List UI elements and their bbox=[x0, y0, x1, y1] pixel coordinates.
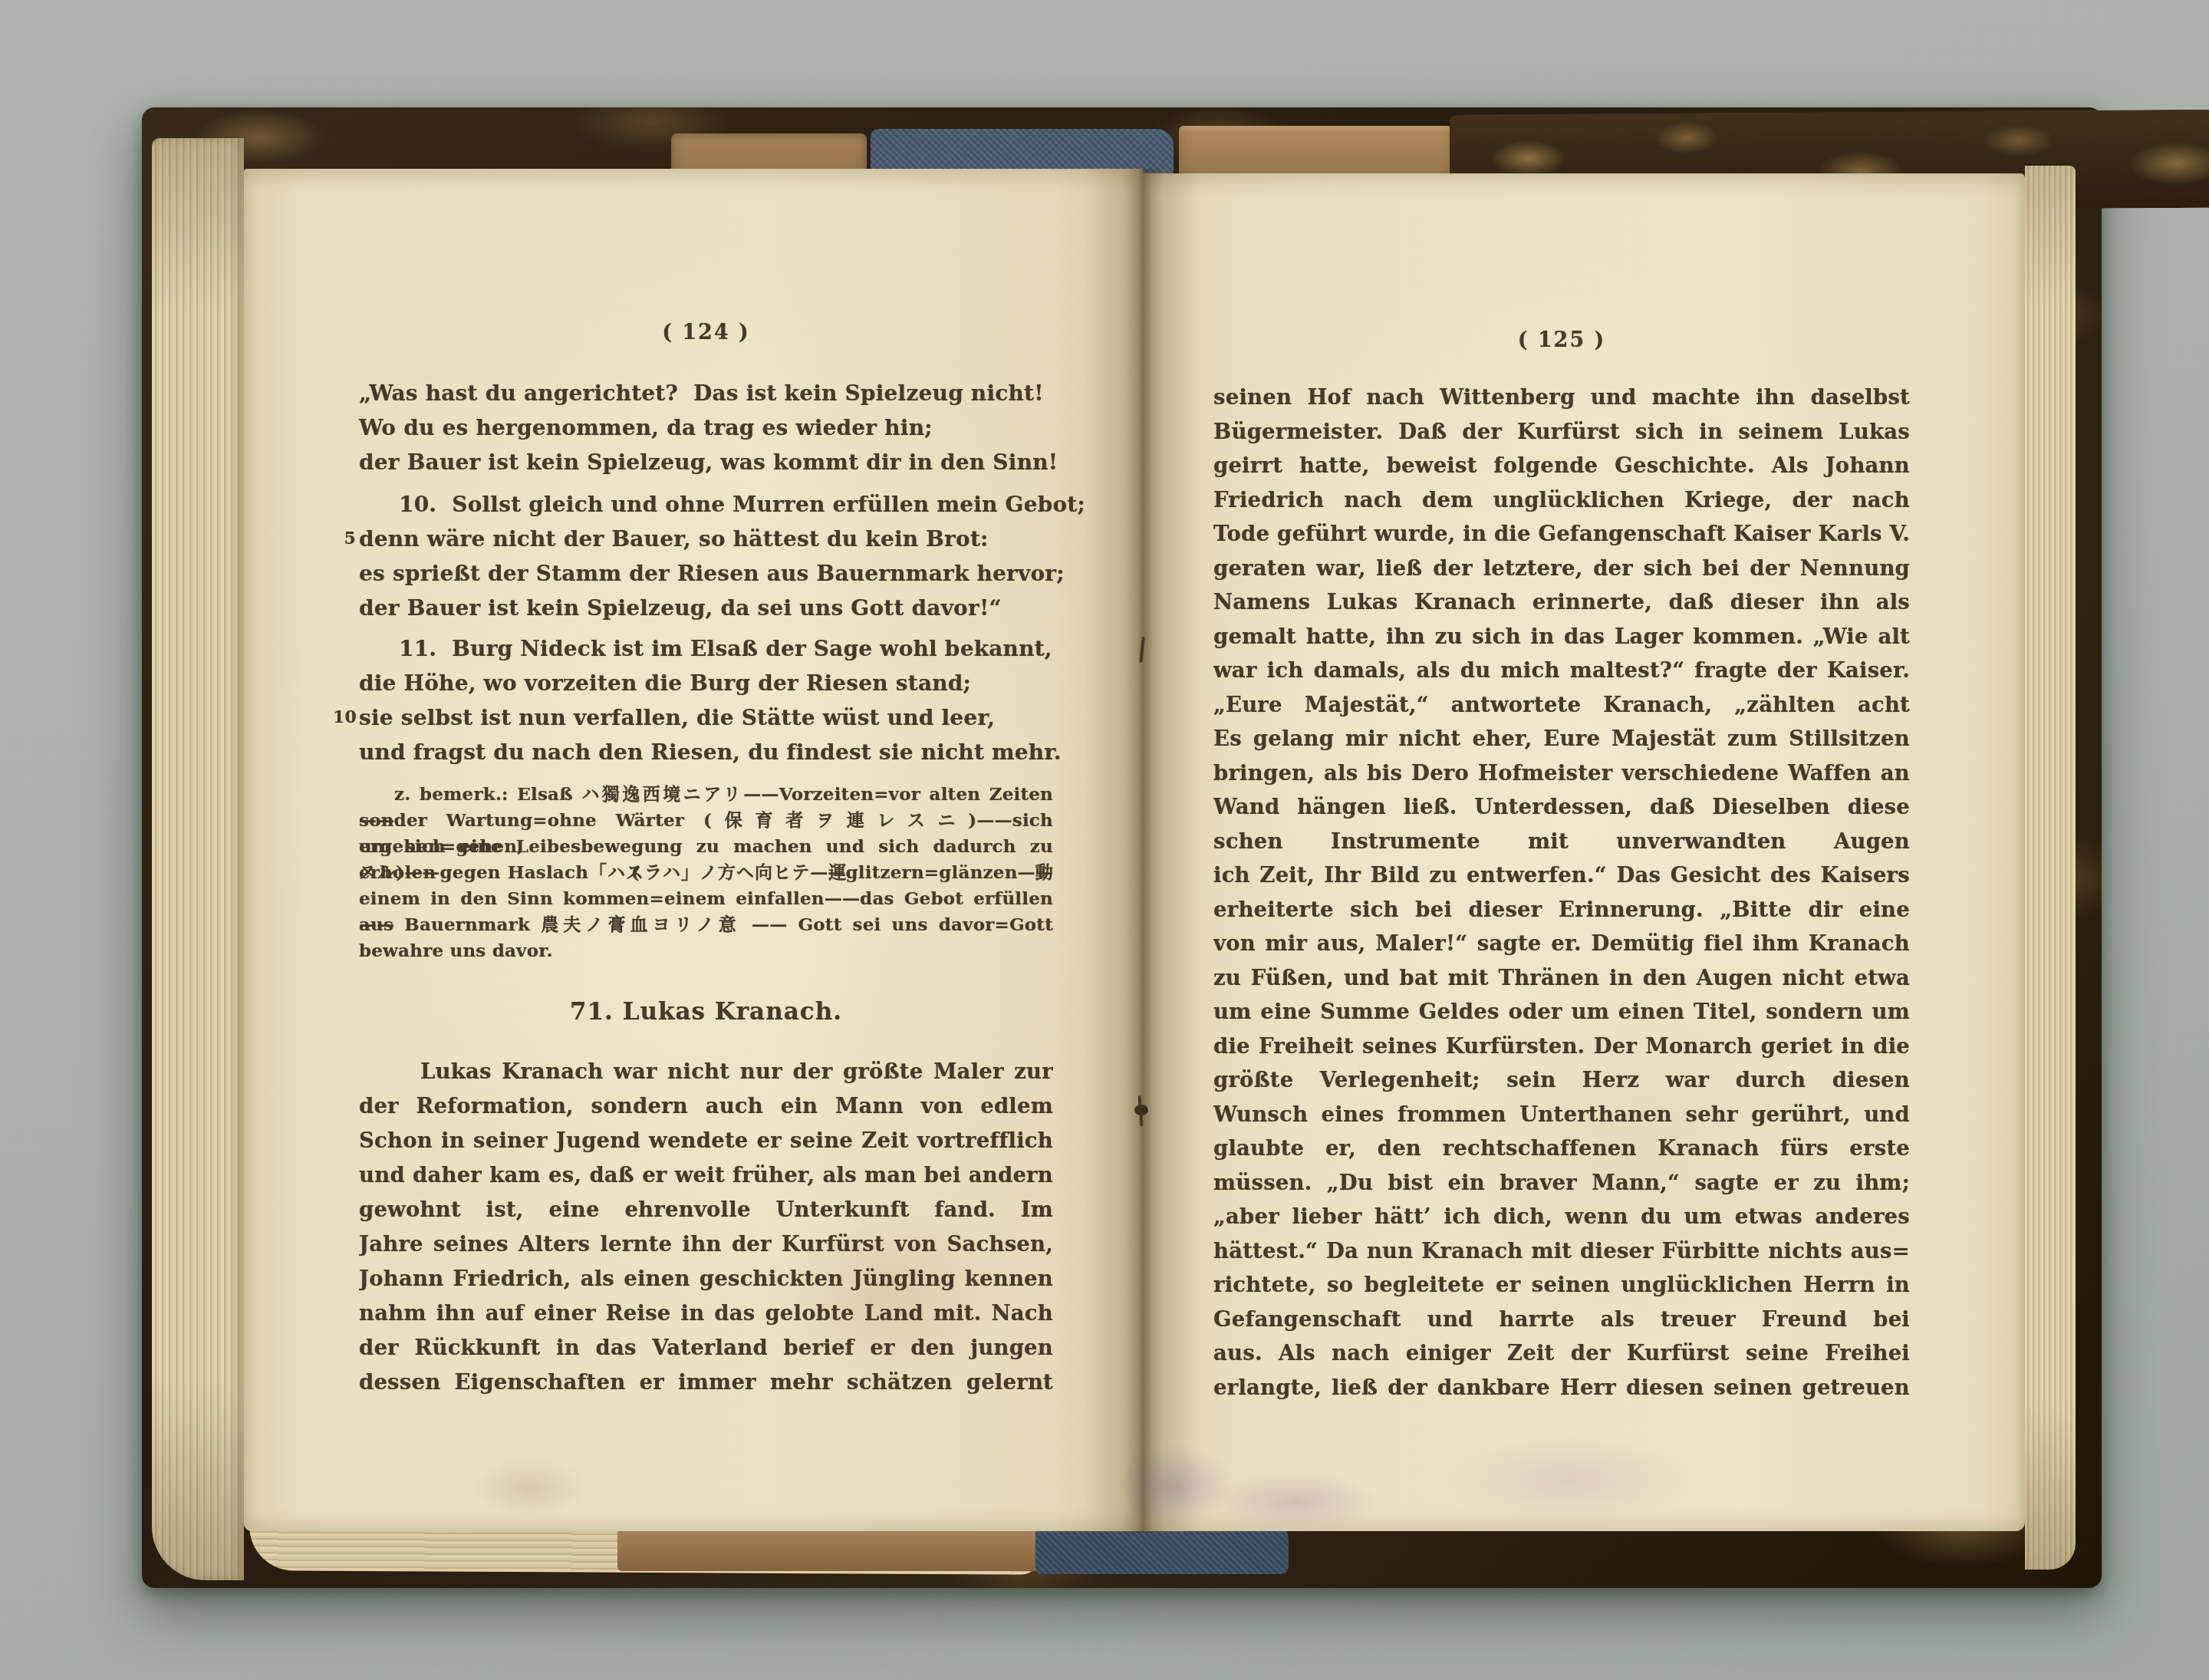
verse-text: sie selbst ist nun verfallen, die Stätte… bbox=[359, 705, 995, 730]
prose-line: Namens Lukas Kranach erinnerte, daß dies… bbox=[1213, 585, 1910, 620]
prose-text: die Freiheit seines Kurfürsten. Der Mona… bbox=[1213, 1034, 1910, 1059]
prose-text: dessen Eigenschaften er immer mehr schät… bbox=[359, 1370, 1053, 1400]
prose-line: Gefangenschaft und harrte als treuer Fre… bbox=[1213, 1303, 1910, 1337]
prose-line: geirrt hatte, beweist folgende Geschicht… bbox=[1213, 449, 1910, 483]
verse-stanza: „Was hast du angerichtet? Das ist kein S… bbox=[359, 376, 1053, 479]
prose-line: der Rückkunft in das Vaterland berief er… bbox=[359, 1331, 1053, 1365]
prose-line: Es gelang mir nicht eher, Eure Majestät … bbox=[1213, 722, 1910, 756]
paragraph-block: seinen Hof nach Wittenberg und machte ih… bbox=[1213, 380, 1910, 1405]
prose-text: seinen Hof nach Wittenberg und machte ih… bbox=[1213, 385, 1910, 415]
paragraph-block: Lukas Kranach war nicht nur der größte M… bbox=[359, 1055, 1053, 1400]
prose-text: Friedrich nach dem unglücklichen Kriege,… bbox=[1213, 488, 1910, 518]
prose-line: Bügermeister. Daß der Kurfürst sich in s… bbox=[1213, 415, 1910, 450]
prose-line: war ich damals, als du mich maltest?“ fr… bbox=[1213, 654, 1910, 688]
ink-stain bbox=[1118, 1444, 1233, 1528]
verse-text: es sprießt der Stamm der Riesen aus Baue… bbox=[359, 561, 1065, 586]
prose-line: „aber lieber hätt’ ich dich, wenn du um … bbox=[1213, 1200, 1910, 1234]
prose-line: größte Verlegenheit; sein Herz war durch… bbox=[1213, 1063, 1910, 1098]
prose-text: richtete, so begleitete er seinen unglüc… bbox=[1213, 1273, 1910, 1303]
prose-text: gewohnt ist, eine ehrenvolle Unterkunft … bbox=[359, 1197, 1053, 1227]
verse-stanza: 11. Burg Nideck ist im Elsaß der Sage wo… bbox=[359, 631, 1053, 769]
prose-text: erlangte, ließ der dankbare Herr diesen … bbox=[1213, 1375, 1910, 1405]
prose-line: 15Schon in seiner Jugend wendete er sein… bbox=[359, 1124, 1053, 1158]
line-number: 5 bbox=[333, 522, 356, 556]
prose-text: Schon in seiner Jugend wendete er seine … bbox=[359, 1128, 1053, 1158]
prose-text: „aber lieber hätt’ ich dich, wenn du um … bbox=[1213, 1204, 1910, 1234]
prose-text: hättest.“ Da nun Kranach mit dieser Fürb… bbox=[1213, 1239, 1910, 1263]
prose-line: richtete, so begleitete er seinen unglüc… bbox=[1213, 1268, 1910, 1303]
page-edges-left bbox=[152, 138, 244, 1580]
prose-text: zu Füßen, und bat mit Thränen in den Aug… bbox=[1213, 966, 1910, 990]
prose-line: Wunsch eines frommen Unterthanen sehr ge… bbox=[1213, 1098, 1910, 1132]
verse-text: die Höhe, wo vorzeiten die Burg der Ries… bbox=[359, 670, 971, 696]
prose-text: Johann Friedrich, als einen geschickten … bbox=[359, 1267, 1053, 1296]
prose-text: größte Verlegenheit; sein Herz war durch… bbox=[1213, 1068, 1910, 1098]
prose-text: Bügermeister. Daß der Kurfürst sich in s… bbox=[1213, 420, 1910, 450]
gloss-line: aus Bauernmark 農夫ノ膏血ヨリノ意 —— Gott sei uns… bbox=[359, 912, 1053, 938]
prose-text: Wand hängen ließ. Unterdessen, daß Diese… bbox=[1213, 795, 1910, 825]
gloss-line: einem in den Sinn kommen=einem einfallen… bbox=[359, 886, 1053, 912]
verse-text: denn wäre nicht der Bauer, so hättest du… bbox=[359, 526, 989, 552]
foxing-stain bbox=[472, 1458, 587, 1519]
line-number: 10 bbox=[333, 700, 356, 735]
stitching-knot bbox=[1134, 1105, 1148, 1115]
page-number: ( 125 ) bbox=[1213, 325, 1910, 356]
prose-text: von mir aus, Maler!“ sagte er. Demütig f… bbox=[1213, 931, 1910, 956]
left-page-text: ( 124 ) „Was hast du angerichtet? Das is… bbox=[359, 318, 1053, 1400]
prose-line: gemalt hatte, ihn zu sich in das Lager k… bbox=[1213, 620, 1910, 654]
prose-text: nahm ihn auf einer Reise in das gelobte … bbox=[359, 1301, 1053, 1326]
prose-text: der Reformation, sondern auch ein Mann v… bbox=[359, 1094, 1053, 1124]
gloss-line: sonder Wartung=ohne Wärter (保育者ヲ連レスニ)——s… bbox=[359, 808, 1053, 834]
verse-line: die Höhe, wo vorzeiten die Burg der Ries… bbox=[359, 666, 1053, 700]
prose-line: Lukas Kranach war nicht nur der größte M… bbox=[359, 1055, 1053, 1089]
verse-text: und fragst du nach den Riesen, du findes… bbox=[359, 740, 1062, 765]
gloss-note-block: z. bemerk.: Elsaß ハ獨逸西境ニアリ——Vorzeiten=vo… bbox=[359, 782, 1053, 964]
prose-line: um eine Summe Geldes oder um einen Titel… bbox=[1213, 995, 1910, 1029]
prose-line: müssen. „Du bist ein braver Mann,“ sagte… bbox=[1213, 1166, 1910, 1201]
prose-line: dessen Eigenschaften er immer mehr schät… bbox=[359, 1365, 1053, 1400]
prose-text: geirrt hatte, beweist folgende Geschicht… bbox=[1213, 453, 1910, 478]
gloss-line: スル)——gegen Haslach「ハスラハ」ノ方ヘ向ヒテ——glitzern… bbox=[359, 860, 1053, 886]
prose-line: „Eure Majestät,“ antwortete Kranach, „zä… bbox=[1213, 688, 1910, 723]
prose-text: der Rückkunft in das Vaterland berief er… bbox=[359, 1336, 1053, 1365]
verse-text: 10. Sollst gleich und ohne Murren erfüll… bbox=[399, 492, 1085, 517]
prose-text: Es gelang mir nicht eher, Eure Majestät … bbox=[1213, 726, 1910, 756]
verse-text: der Bauer ist kein Spielzeug, da sei uns… bbox=[359, 595, 1002, 621]
prose-text: schen Instrumente mit unverwandten Augen… bbox=[1213, 829, 1910, 859]
prose-line: gewohnt ist, eine ehrenvolle Unterkunft … bbox=[359, 1193, 1053, 1227]
prose-line: von mir aus, Maler!“ sagte er. Demütig f… bbox=[1213, 927, 1910, 961]
prose-text: aus. Als nach einiger Zeit der Kurfürst … bbox=[1213, 1341, 1910, 1365]
verse-line: 5denn wäre nicht der Bauer, so hättest d… bbox=[359, 522, 1053, 556]
prose-text: und daher kam es, daß er weit früher, al… bbox=[359, 1163, 1053, 1188]
verse-stanza: 10. Sollst gleich und ohne Murren erfüll… bbox=[359, 487, 1053, 625]
prose-line: glaubte er, den rechtschaffenen Kranach … bbox=[1213, 1132, 1910, 1166]
prose-line: bringen, als bis Dero Hofmeister verschi… bbox=[1213, 756, 1910, 791]
gloss-line: bewahre uns davor. bbox=[359, 938, 1053, 964]
prose-text: „Eure Majestät,“ antwortete Kranach, „zä… bbox=[1213, 693, 1910, 723]
prose-line: Johann Friedrich, als einen geschickten … bbox=[359, 1262, 1053, 1296]
prose-text: Lukas Kranach war nicht nur der größte M… bbox=[359, 1059, 1053, 1089]
prose-line: seinen Hof nach Wittenberg und machte ih… bbox=[1213, 380, 1910, 415]
prose-text: Namens Lukas Kranach erinnerte, daß dies… bbox=[1213, 590, 1910, 620]
verse-line: 10. Sollst gleich und ohne Murren erfüll… bbox=[359, 487, 1053, 522]
prose-text: müssen. „Du bist ein braver Mann,“ sagte… bbox=[1213, 1171, 1910, 1195]
prose-line: ich Zeit, Ihr Bild zu entwerfen.“ Das Ge… bbox=[1213, 858, 1910, 893]
prose-line: die Freiheit seines Kurfürsten. Der Mona… bbox=[1213, 1029, 1910, 1064]
prose-line: erheiterte sich bei dieser Erinnerung. „… bbox=[1213, 893, 1910, 927]
prose-line: 20nahm ihn auf einer Reise in das gelobt… bbox=[359, 1296, 1053, 1331]
prose-line: erlangte, ließ der dankbare Herr diesen … bbox=[1213, 1371, 1910, 1405]
page-number: ( 124 ) bbox=[359, 318, 1053, 348]
verse-line: „Was hast du angerichtet? Das ist kein S… bbox=[359, 376, 1053, 410]
prose-line: Friedrich nach dem unglücklichen Kriege,… bbox=[1213, 483, 1910, 518]
prose-text: geraten war, ließ der letztere, der sich… bbox=[1213, 556, 1910, 586]
prose-line: schen Instrumente mit unverwandten Augen… bbox=[1213, 825, 1910, 859]
prose-line: zu Füßen, und bat mit Thränen in den Aug… bbox=[1213, 961, 1910, 996]
prose-text: Tode geführt wurde, in die Gefangenschaf… bbox=[1213, 522, 1910, 546]
prose-line: Tode geführt wurde, in die Gefangenschaf… bbox=[1213, 517, 1910, 552]
prose-line: hättest.“ Da nun Kranach mit dieser Fürb… bbox=[1213, 1234, 1910, 1269]
prose-text: Jahre seines Alters lernte ihn der Kurfü… bbox=[359, 1232, 1053, 1257]
prose-text: glaubte er, den rechtschaffenen Kranach … bbox=[1213, 1136, 1910, 1166]
verse-line: der Bauer ist kein Spielzeug, da sei uns… bbox=[359, 591, 1053, 625]
verse-line: Wo du es hergenommen, da trag es wieder … bbox=[359, 410, 1053, 445]
prose-text: Gefangenschaft und harrte als treuer Fre… bbox=[1213, 1307, 1910, 1337]
prose-text: gemalt hatte, ihn zu sich in das Lager k… bbox=[1213, 624, 1910, 649]
prose-text: Wunsch eines frommen Unterthanen sehr ge… bbox=[1213, 1102, 1910, 1132]
prose-text: erheiterte sich bei dieser Erinnerung. „… bbox=[1213, 898, 1910, 927]
verse-line: 11. Burg Nideck ist im Elsaß der Sage wo… bbox=[359, 631, 1053, 666]
prose-text: war ich damals, als du mich maltest?“ fr… bbox=[1213, 658, 1910, 683]
ink-stain bbox=[1446, 1435, 1691, 1527]
gutter-shadow bbox=[1085, 169, 1200, 1533]
prose-text: bringen, als bis Dero Hofmeister verschi… bbox=[1213, 761, 1910, 791]
prose-line: Jahre seines Alters lernte ihn der Kurfü… bbox=[359, 1227, 1053, 1262]
prose-text: ich Zeit, Ihr Bild zu entwerfen.“ Das Ge… bbox=[1213, 863, 1910, 888]
prose-line: der Reformation, sondern auch ein Mann v… bbox=[359, 1089, 1053, 1124]
verse-line: es sprießt der Stamm der Riesen aus Baue… bbox=[359, 556, 1053, 591]
prose-line: und daher kam es, daß er weit früher, al… bbox=[359, 1158, 1053, 1193]
verse-line: der Bauer ist kein Spielzeug, was kommt … bbox=[359, 445, 1053, 479]
prose-line: geraten war, ließ der letztere, der sich… bbox=[1213, 552, 1910, 586]
section-heading: 71. Lukas Kranach. bbox=[359, 995, 1053, 1029]
verse-text: 11. Burg Nideck ist im Elsaß der Sage wo… bbox=[399, 636, 1052, 661]
book-photo: ( 124 ) „Was hast du angerichtet? Das is… bbox=[0, 0, 2209, 1680]
verse-line: und fragst du nach den Riesen, du findes… bbox=[359, 735, 1053, 769]
gloss-line: z. bemerk.: Elsaß ハ獨逸西境ニアリ——Vorzeiten=vo… bbox=[359, 782, 1053, 808]
ink-stain bbox=[1212, 1471, 1381, 1533]
right-page-text: ( 125 ) seinen Hof nach Wittenberg und m… bbox=[1213, 325, 1910, 1405]
prose-line: Wand hängen ließ. Unterdessen, daß Diese… bbox=[1213, 790, 1910, 825]
prose-line: aus. Als nach einiger Zeit der Kurfürst … bbox=[1213, 1336, 1910, 1371]
prose-text: um eine Summe Geldes oder um einen Titel… bbox=[1213, 1000, 1910, 1024]
page-edges-right bbox=[2025, 166, 2076, 1570]
gloss-line: um sich eine Leibesbewegung zu machen un… bbox=[359, 834, 1053, 860]
verse-line: 10sie selbst ist nun verfallen, die Stät… bbox=[359, 700, 1053, 735]
